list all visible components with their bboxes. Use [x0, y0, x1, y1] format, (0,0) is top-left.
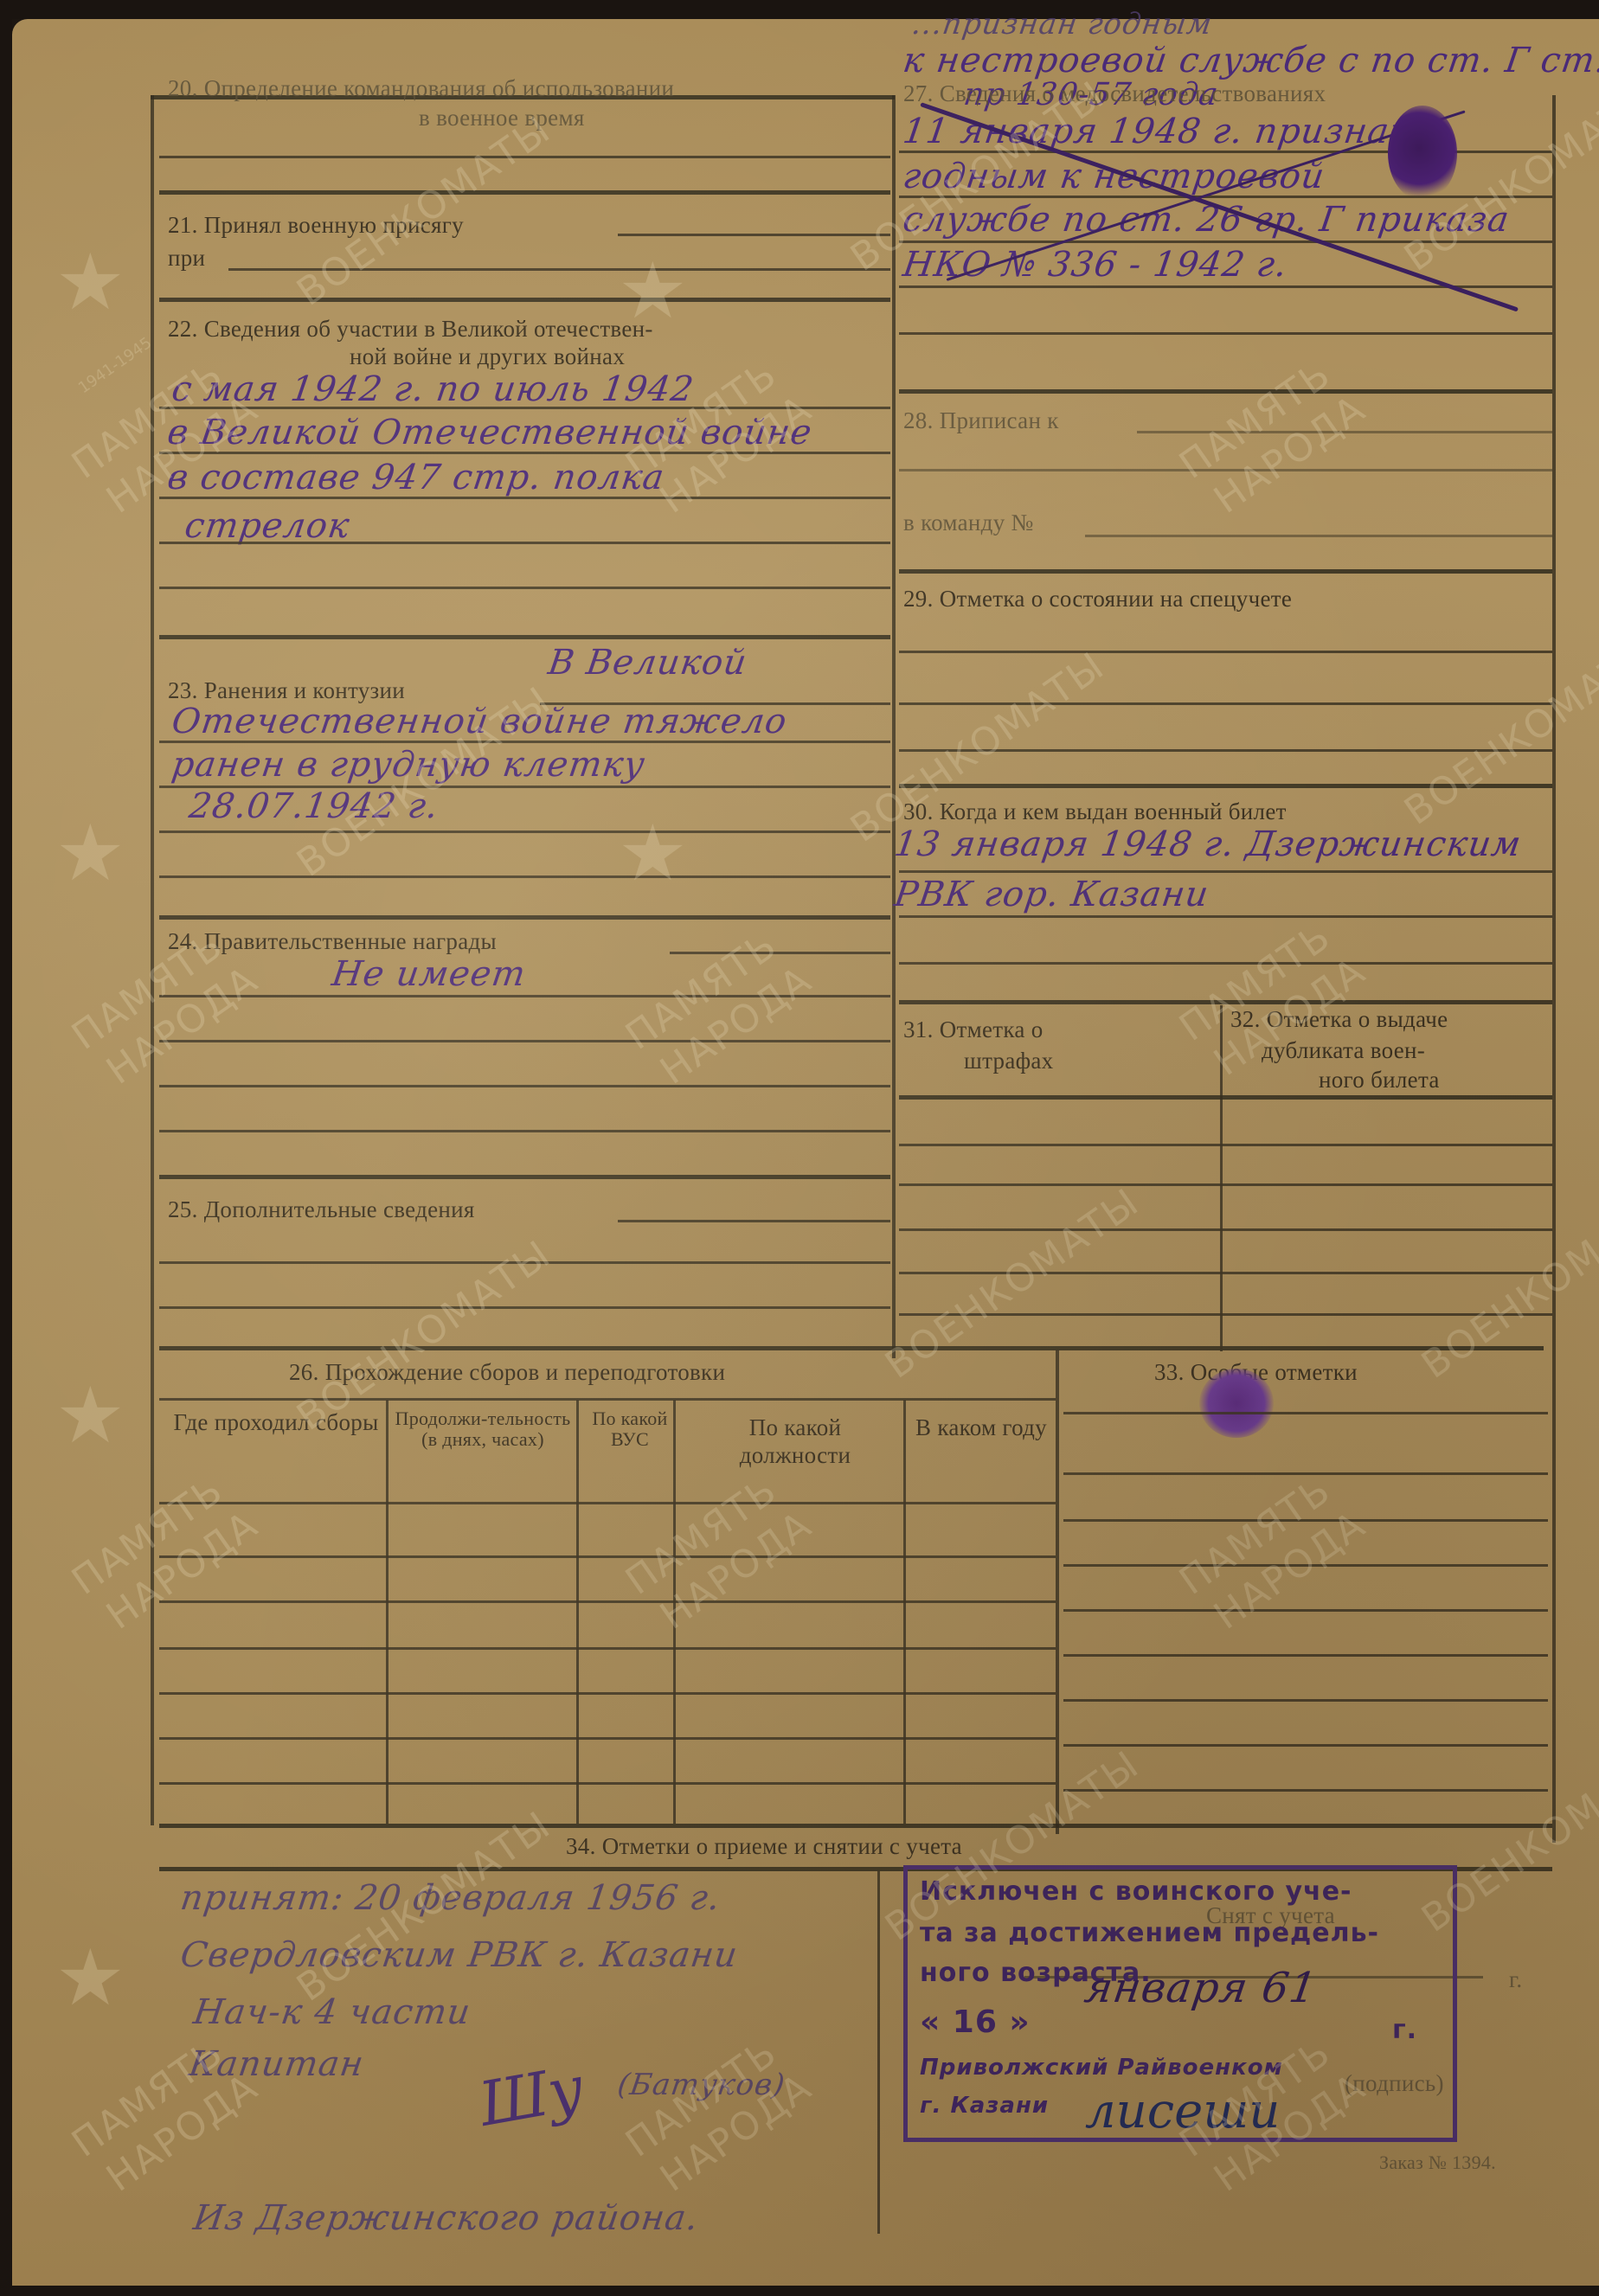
watermark-text: НАРОДА: [1206, 949, 1374, 1085]
frame-center-divider: [892, 95, 896, 1358]
rule: [159, 1261, 890, 1264]
s34-divider: [877, 1870, 880, 2234]
rule: [159, 741, 890, 743]
rule: [540, 702, 890, 705]
stamp-date-suffix: г.: [1392, 2015, 1417, 2045]
rule: [159, 298, 890, 302]
watermark-text: ПАМЯТЬ: [618, 352, 786, 488]
s22-hand-line4: стрелок: [183, 507, 352, 545]
strike-through-diagonal-1: [920, 102, 1519, 311]
rule: [159, 1085, 890, 1087]
rule: [159, 995, 890, 997]
rule: [899, 915, 1552, 918]
ink-blot: [1388, 106, 1457, 201]
rule: [899, 1144, 1552, 1146]
rule: [159, 1130, 890, 1132]
watermark-star-icon: ★: [618, 253, 688, 330]
watermark-text: НАРОДА: [99, 2065, 266, 2201]
watermark-text: ВОЕНКОМАТЫ: [1414, 1180, 1599, 1388]
s22-hand-line2: в Великой Отечественной войне: [165, 414, 815, 452]
watermark-text: НАРОДА: [1206, 2065, 1374, 2201]
col-divider: [576, 1400, 579, 1824]
table-row-line: [159, 1502, 1056, 1504]
watermark-text: НАРОДА: [652, 958, 820, 1093]
rule: [899, 1095, 1552, 1100]
s28-label-team: в команду №: [903, 509, 1034, 536]
watermark-star-icon: ★: [55, 1940, 125, 2017]
stamp-line2: та за достижением предель-: [920, 1918, 1379, 1948]
watermark-text: ПАМЯТЬ: [618, 1468, 786, 1604]
rule: [899, 962, 1552, 965]
s24-label: 24. Правительственные награды: [168, 927, 497, 955]
s30-hand-line2: РВК гор. Казани: [892, 875, 1211, 914]
s32-label-line2: дубликата воен-: [1262, 1036, 1425, 1064]
watermark-star-icon: ★: [618, 815, 688, 893]
rule: [899, 1000, 1552, 1004]
rule: [1085, 535, 1552, 537]
rule: [159, 452, 890, 454]
rule: [159, 875, 890, 878]
watermark-years: 1941-1945: [75, 334, 155, 397]
s20-label-line1: 20. Определение командования об использо…: [168, 74, 674, 102]
frame-right-border: [1552, 95, 1556, 1843]
overflow-hand-line3: пр 130-57 года: [961, 76, 1221, 114]
s26-col-header-3: По какой ВУС: [590, 1408, 670, 1450]
watermark-text: ВОЕНКОМАТЫ: [289, 1232, 559, 1440]
watermark-text: ПАМЯТЬ: [64, 2030, 232, 2166]
rule: [159, 587, 890, 589]
s34-hand-line4: Капитан: [187, 2045, 367, 2083]
frame-left-border: [151, 95, 154, 1825]
s32-label-line1: 32. Отметка о выдаче: [1230, 1005, 1448, 1033]
watermark-text: ПАМЯТЬ: [1172, 352, 1339, 488]
s27-hand-line4: НКО № 336 - 1942 г.: [901, 246, 1290, 284]
rule: [899, 151, 1552, 153]
s26-col-header-2: Продолжи-тельность (в днях, часах): [391, 1408, 575, 1450]
watermark-text: НАРОДА: [99, 1503, 266, 1639]
watermark-text: ВОЕНКОМАТЫ: [1414, 1734, 1599, 1941]
s34-hand-line1: принят: 20 февраля 1956 г.: [178, 1879, 723, 1917]
rule: [159, 635, 890, 639]
rule: [1063, 1654, 1548, 1657]
s34-label: 34. Отметки о приеме и снятии с учета: [566, 1832, 962, 1860]
rule: [899, 651, 1552, 653]
rule: [159, 1398, 1056, 1401]
rule: [899, 1183, 1552, 1186]
rule: [1063, 1789, 1548, 1792]
watermark-text: ВОЕНКОМАТЫ: [877, 1180, 1147, 1388]
s21-value-line: [618, 234, 890, 236]
rule: [899, 1228, 1552, 1231]
rule: [1063, 1699, 1548, 1702]
rule: [159, 1306, 890, 1309]
rule: [899, 702, 1552, 705]
watermark-star-icon: ★: [55, 1377, 125, 1455]
stamp-line3: ного возраста.: [920, 1958, 1152, 1988]
s34-signature-name: (Батуков): [615, 2066, 787, 2104]
rule: [159, 190, 890, 195]
s27-hand-line1: 11 января 1948 г. признан: [901, 112, 1416, 151]
s26-title: 26. Прохождение сборов и переподготовки: [289, 1358, 725, 1386]
s22-label-line1: 22. Сведения об участии в Великой отечес…: [168, 315, 653, 343]
rule: [899, 749, 1552, 752]
table-row-line: [159, 1782, 1056, 1785]
watermark-text: НАРОДА: [1206, 387, 1374, 523]
rule: [899, 569, 1552, 574]
rule: [159, 1867, 1552, 1871]
table-row-line: [159, 1600, 1056, 1603]
watermark-star-icon: ★: [55, 815, 125, 893]
watermark-text: НАРОДА: [99, 387, 266, 523]
s26-col-header-4: По какой должности: [696, 1414, 895, 1469]
s23-hand-line1: В Великой: [546, 644, 749, 682]
rule: [1063, 1519, 1548, 1522]
s34-hand-line2: Свердловским РВК г. Казани: [178, 1936, 741, 1974]
rule: [1063, 1609, 1548, 1612]
rule: [1137, 431, 1552, 433]
rule: [159, 786, 890, 788]
s23-label: 23. Ранения и контузии: [168, 677, 405, 704]
s20-label-line2: в военное время: [419, 104, 585, 131]
rule: [1063, 1564, 1548, 1567]
s27-hand-line3: службе по ст. 26 гр. Г приказа: [901, 201, 1512, 239]
watermark-text: ПАМЯТЬ: [618, 923, 786, 1059]
watermark-text: ВОЕНКОМАТЫ: [843, 644, 1113, 851]
stamp-line1: Исключен с воинского уче-: [920, 1876, 1352, 1907]
s21-label: 21. Принял военную присягу: [168, 211, 464, 239]
rule: [899, 870, 1552, 873]
s31-s32-divider: [1220, 1005, 1223, 1351]
rule: [1063, 1472, 1548, 1475]
rule: [159, 497, 890, 499]
rule: [159, 1175, 890, 1179]
ink-blot: [1199, 1369, 1274, 1438]
s24-value: Не имеет: [330, 955, 529, 993]
rule: [899, 241, 1552, 243]
s27-label: 27. Сведения о медосвидетельствованиях: [903, 80, 1326, 107]
table-row-line: [159, 1737, 1056, 1740]
s31-label-line2: штрафах: [964, 1047, 1053, 1074]
rule: [159, 1346, 1544, 1350]
s31-label-line1: 31. Отметка о: [903, 1016, 1044, 1043]
rule: [618, 1220, 890, 1222]
watermark-text: ВОЕНКОМАТЫ: [1397, 626, 1599, 834]
signature-commander: Шу: [474, 2052, 589, 2140]
watermark-text: НАРОДА: [652, 2065, 820, 2201]
watermark-text: ПАМЯТЬ: [64, 352, 232, 488]
s22-label-line2: ной войне и других войнах: [350, 343, 625, 370]
signature-voenkom: лисеши: [1085, 2083, 1280, 2139]
s30-label: 30. Когда и кем выдан военный билет: [903, 798, 1287, 825]
watermark-text: НАРОДА: [99, 958, 266, 1093]
s22-hand-line3: в составе 947 стр. полка: [165, 459, 667, 497]
s26-s33-divider: [1056, 1350, 1059, 1834]
document-paper: ...признан годным к нестроевой службе с …: [12, 19, 1599, 2286]
watermark-text: ВОЕНКОМАТЫ: [1397, 73, 1599, 280]
overflow-hand-line2: к нестроевой службе с по ст. Г ст. 2б: [901, 42, 1599, 80]
rule: [670, 952, 890, 954]
rule: [159, 542, 890, 544]
s21-label-at: при: [168, 244, 205, 272]
s25-label: 25. Дополнительные сведения: [168, 1196, 475, 1223]
strike-through-diagonal-2: [947, 110, 1466, 281]
rule: [899, 285, 1552, 288]
stamp-date-month-hand: января 61: [1082, 1969, 1320, 2007]
watermark-text: ВОЕНКОМАТЫ: [289, 1803, 559, 2011]
s34-printed-podpis: (подпись): [1345, 2069, 1444, 2097]
rule: [899, 332, 1552, 335]
rule: [159, 831, 890, 833]
s23-hand-line2: Отечественной войне тяжело: [170, 702, 790, 741]
s30-hand-line1: 13 января 1948 г. Дзержинским: [892, 825, 1524, 863]
watermark-text: ВОЕНКОМАТЫ: [843, 73, 1113, 280]
watermark-star-icon: ★: [55, 244, 125, 322]
col-divider: [386, 1400, 389, 1824]
s34-printed-g: г.: [1509, 1966, 1522, 1993]
s34-footer: Из Дзержинского района.: [191, 2199, 701, 2237]
col-divider: [673, 1400, 676, 1824]
watermark-text: ПАМЯТЬ: [1172, 914, 1339, 1050]
stamp-office-line2: г. Казани: [920, 2093, 1049, 2119]
rule: [899, 784, 1552, 788]
watermark-text: ПАМЯТЬ: [64, 1468, 232, 1604]
s28-label: 28. Приписан к: [903, 407, 1059, 434]
deregistration-stamp: Исключен с воинского уче- та за достижен…: [903, 1865, 1457, 2142]
rule: [151, 95, 895, 99]
rule: [899, 389, 1552, 394]
order-number: Заказ № 1394.: [1379, 2152, 1496, 2173]
table-row-line: [159, 1555, 1056, 1558]
s29-label: 29. Отметка о состоянии на спецучете: [903, 585, 1292, 612]
rule: [1024, 1976, 1483, 1979]
s23-hand-line4: 28.07.1942 г.: [187, 787, 441, 825]
watermark-text: НАРОДА: [1206, 1503, 1374, 1639]
rule: [159, 1824, 1552, 1828]
rule: [899, 196, 1552, 198]
s26-col-header-1: Где проходил сборы: [168, 1408, 384, 1436]
s32-label-line3: ного билета: [1319, 1066, 1440, 1093]
rule: [159, 156, 890, 158]
stamp-date-day: « 16 »: [920, 2004, 1031, 2040]
watermark-text: ПАМЯТЬ: [618, 2030, 786, 2166]
watermark-text: ПАМЯТЬ: [64, 923, 232, 1059]
rule: [1063, 1412, 1548, 1414]
watermark-text: НАРОДА: [652, 387, 820, 523]
rule: [159, 915, 890, 920]
s26-col-header-5: В каком году: [912, 1414, 1050, 1441]
rule: [899, 469, 1552, 471]
table-row-line: [159, 1647, 1056, 1650]
watermark-text: ПАМЯТЬ: [1172, 2030, 1339, 2166]
overflow-hand-line1: ...признан годным: [909, 5, 1215, 43]
watermark-text: ВОЕНКОМАТЫ: [289, 678, 559, 886]
watermark-text: ВОЕНКОМАТЫ: [877, 1742, 1147, 1950]
stamp-office-line1: Приволжский Райвоенком: [920, 2055, 1283, 2081]
rule: [1063, 1744, 1548, 1747]
s27-hand-line2: годным к нестроевой: [901, 157, 1327, 196]
rule: [899, 1272, 1552, 1274]
rule: [159, 407, 890, 409]
rule: [899, 1313, 1552, 1316]
s22-hand-line1: с мая 1942 г. по июль 1942: [170, 370, 697, 408]
s33-label: 33. Особые отметки: [1154, 1358, 1358, 1386]
watermark-text: ВОЕНКОМАТЫ: [289, 107, 559, 315]
s34-hand-line3: Нач-к 4 части: [191, 1993, 473, 2031]
watermark-text: НАРОДА: [652, 1503, 820, 1639]
s21-at-line: [228, 268, 890, 271]
s23-hand-line3: ранен в грудную клетку: [170, 746, 648, 784]
col-divider: [903, 1400, 906, 1824]
s34-printed-snyat: Снят с учета: [1206, 1902, 1335, 1929]
rule: [159, 1040, 890, 1042]
table-row-line: [159, 1692, 1056, 1695]
watermark-text: ПАМЯТЬ: [1172, 1468, 1339, 1604]
